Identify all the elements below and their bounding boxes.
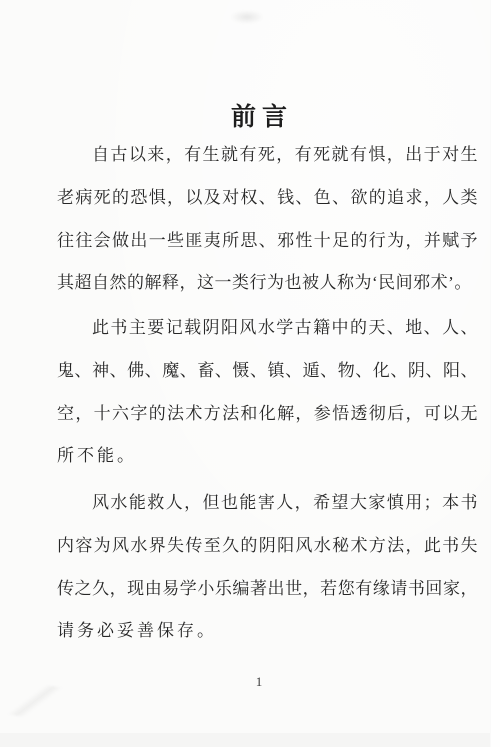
page-title: 前言: [57, 97, 461, 133]
scan-smudge-artifact: [230, 10, 264, 24]
page-number: 1: [57, 674, 461, 690]
text-line: 请务必妥善保存。: [57, 610, 478, 653]
scanned-book-page: 前言 自古以来，有生就有死，有死就有惧，出于对生老病死的恐惧，以及对权、钱、色、…: [0, 0, 500, 747]
scan-page-edge: [490, 0, 500, 747]
text-line: 所不能。: [57, 435, 478, 478]
text-line: 空，十六字的法术方法和化解，参悟透彻后，可以无: [57, 393, 478, 436]
text-line: 此书主要记载阴阳风水学古籍中的天、地、人、: [57, 307, 478, 350]
text-line: 传之久，现由易学小乐编著出世，若您有缘请书回家，: [57, 568, 478, 611]
paragraph-2: 此书主要记载阴阳风水学古籍中的天、地、人、鬼、神、佛、魔、畜、慑、镇、遁、物、化…: [57, 307, 478, 478]
text-line: 自古以来，有生就有死，有死就有惧，出于对生: [57, 134, 478, 177]
scan-bottom-band: [0, 733, 500, 747]
text-line: 鬼、神、佛、魔、畜、慑、镇、遁、物、化、阴、阳、: [57, 350, 478, 393]
text-line: 老病死的恐惧，以及对权、钱、色、欲的追求，人类: [57, 177, 478, 220]
text-line: 风水能救人，但也能害人，希望大家慎用；本书: [57, 482, 478, 525]
text-line: 其超自然的解释，这一类行为也被人称为‘民间邪术’。: [57, 262, 478, 305]
paragraph-3: 风水能救人，但也能害人，希望大家慎用；本书内容为风水界失传至久的阴阳风水秘术方法…: [57, 482, 478, 653]
paragraph-1: 自古以来，有生就有死，有死就有惧，出于对生老病死的恐惧，以及对权、钱、色、欲的追…: [57, 134, 478, 305]
text-line: 内容为风水界失传至久的阴阳风水秘术方法，此书失: [57, 525, 478, 568]
text-line: 往往会做出一些匪夷所思、邪性十足的行为，并赋予: [57, 220, 478, 263]
